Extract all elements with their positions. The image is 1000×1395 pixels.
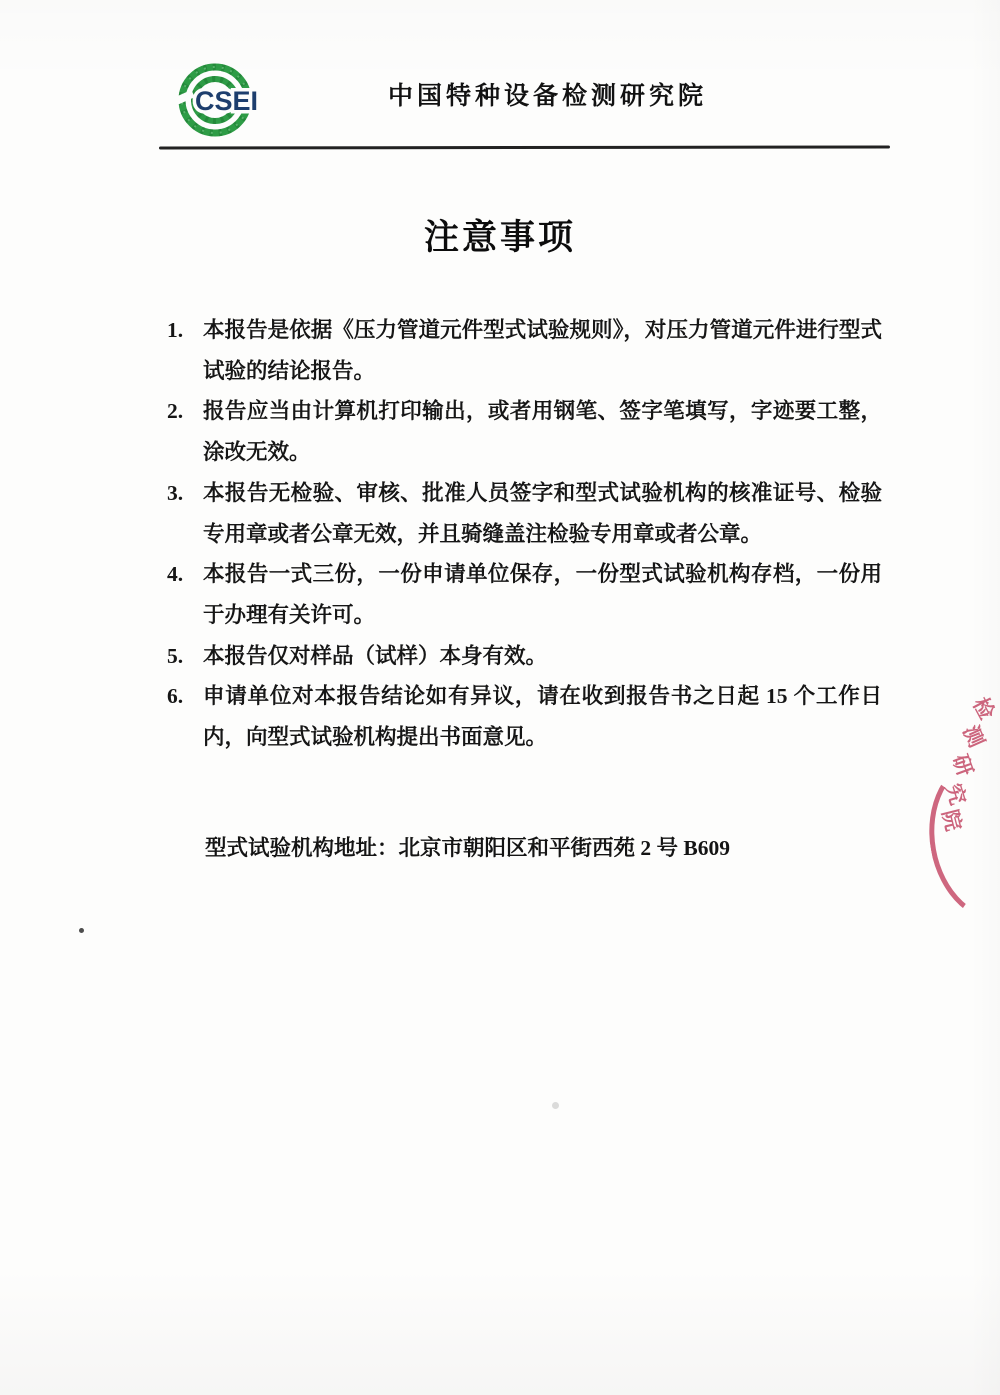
red-seal-fragment: 检 测 研 究 院 (898, 655, 1000, 880)
scan-speck (552, 1102, 559, 1109)
note-item-4: 4. 本报告一式三份，一份申请单位保存，一份型式试验机构存档，一份用于办理有关许… (165, 554, 882, 635)
note-item-2: 2. 报告应当由计算机打印输出，或者用钢笔、签字笔填写，字迹要工整，涂改无效。 (165, 391, 882, 472)
note-number: 1. (167, 310, 183, 351)
note-number: 2. (167, 391, 183, 432)
note-item-1: 1. 本报告是依据《压力管道元件型式试验规则》，对压力管道元件进行型式试验的结论… (165, 310, 882, 391)
page-title: 注意事项 (0, 210, 1000, 260)
document-page: CSEI 中国特种设备检测研究院 注意事项 1. 本报告是依据《压力管道元件型式… (0, 0, 1000, 1395)
note-text: 本报告一式三份，一份申请单位保存，一份型式试验机构存档，一份用于办理有关许可。 (203, 562, 882, 627)
notes-list: 1. 本报告是依据《压力管道元件型式试验规则》，对压力管道元件进行型式试验的结论… (165, 310, 882, 758)
svg-text:CSEI: CSEI (195, 86, 258, 116)
scan-speck (79, 928, 84, 933)
csei-logo-icon: CSEI (178, 58, 288, 144)
organization-name: 中国特种设备检测研究院 (388, 76, 707, 112)
note-item-6: 6. 申请单位对本报告结论如有异议，请在收到报告书之日起 15 个工作日内，向型… (165, 676, 882, 757)
note-item-5: 5. 本报告仅对样品（试样）本身有效。 (165, 636, 882, 677)
note-text: 本报告无检验、审核、批准人员签字和型式试验机构的核准证号、检验专用章或者公章无效… (203, 481, 882, 546)
note-text: 本报告是依据《压力管道元件型式试验规则》，对压力管道元件进行型式试验的结论报告。 (203, 318, 882, 383)
csei-logo-svg: CSEI (178, 58, 288, 144)
note-text: 申请单位对本报告结论如有异议，请在收到报告书之日起 15 个工作日内，向型式试验… (203, 684, 882, 749)
header-divider (159, 145, 890, 149)
note-text: 报告应当由计算机打印输出，或者用钢笔、签字笔填写，字迹要工整，涂改无效。 (203, 399, 882, 464)
note-number: 4. (167, 554, 183, 595)
note-item-3: 3. 本报告无检验、审核、批准人员签字和型式试验机构的核准证号、检验专用章或者公… (165, 473, 882, 554)
note-number: 3. (167, 473, 183, 514)
note-text: 本报告仅对样品（试样）本身有效。 (203, 644, 547, 668)
note-number: 5. (167, 636, 183, 677)
note-number: 6. (167, 676, 183, 717)
test-body-address: 型式试验机构地址：北京市朝阳区和平街西苑 2 号 B609 (205, 831, 730, 862)
